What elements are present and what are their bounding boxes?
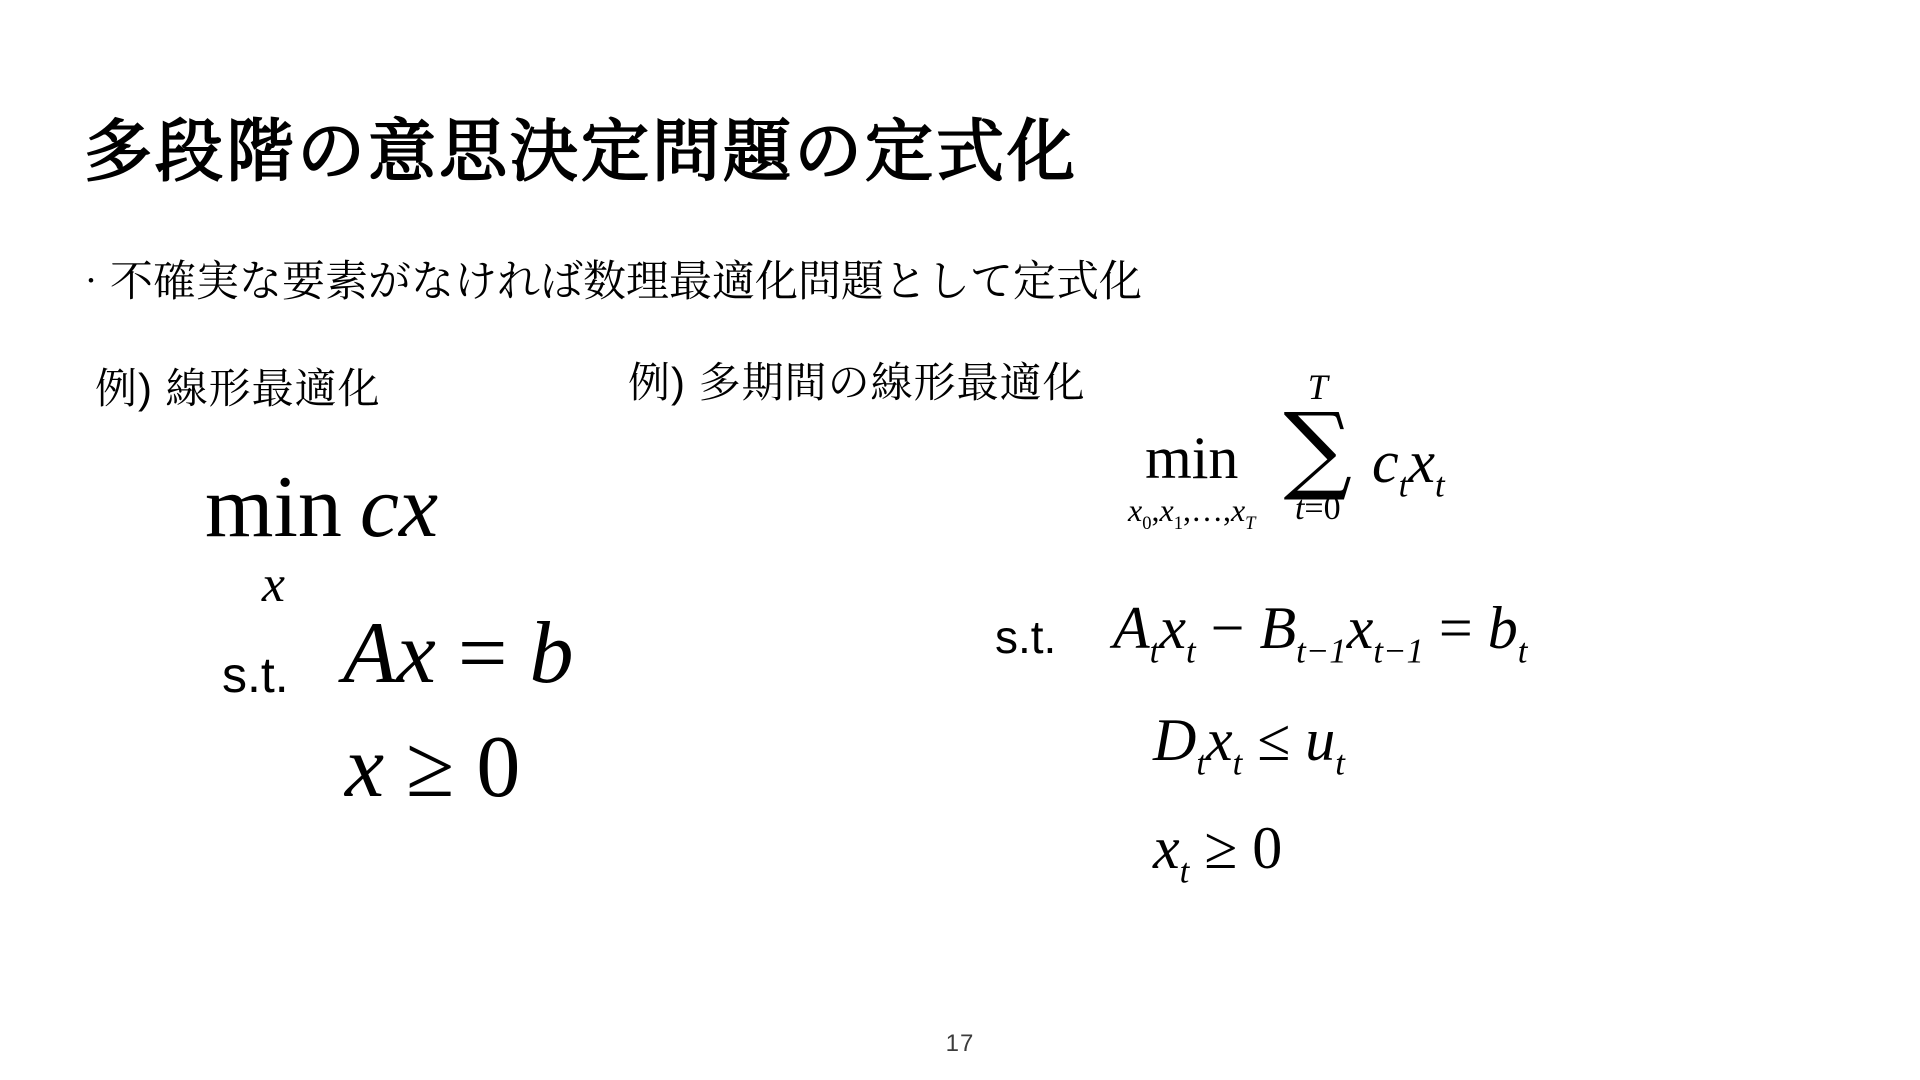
left-min-operator: min bbox=[205, 466, 342, 550]
right-objective-expression: ctxt bbox=[1372, 434, 1445, 502]
page-number: 17 bbox=[0, 1030, 1920, 1058]
left-constraint-equality: Ax = b bbox=[343, 612, 573, 696]
right-objective-formula: min x0,x1,…,xT T ∑ t=0 ctxt bbox=[1128, 430, 1445, 532]
left-min-subscript: x bbox=[262, 560, 285, 609]
right-constraint-nonnegativity: xt ≥ 0 bbox=[1153, 820, 1282, 888]
left-subject-to-label: s.t. bbox=[222, 650, 289, 700]
right-subject-to-label: s.t. bbox=[995, 614, 1056, 660]
right-constraint-balance-equation: Atxt − Bt−1xt−1 = bt bbox=[1113, 600, 1527, 668]
left-objective-formula: min x cx bbox=[205, 466, 438, 609]
right-min-operator-stack: min x0,x1,…,xT bbox=[1128, 430, 1256, 532]
left-constraint-nonnegativity: x ≥ 0 bbox=[345, 726, 520, 810]
slide-title: 多段階の意思決定問題の定式化 bbox=[84, 110, 1078, 195]
right-constraint-upper-bound: Dtxt ≤ ut bbox=[1153, 712, 1345, 780]
summation-stack: T ∑ t=0 bbox=[1284, 370, 1353, 525]
example-right-label: 例) 多期間の線形最適化 bbox=[628, 350, 1086, 410]
right-min-operator: min bbox=[1145, 430, 1238, 487]
bullet-line: • 不確実な要素がなければ数理最適化問題として定式化 bbox=[88, 248, 1142, 309]
example-left-label: 例) 線形最適化 bbox=[95, 356, 381, 416]
bullet-text: 不確実な要素がなければ数理最適化問題として定式化 bbox=[110, 248, 1142, 309]
left-min-operator-stack: min x bbox=[205, 466, 342, 609]
slide: 多段階の意思決定問題の定式化 • 不確実な要素がなければ数理最適化問題として定式… bbox=[0, 0, 1920, 1080]
bullet-marker-icon: • bbox=[88, 272, 94, 289]
left-objective-expression: cx bbox=[360, 466, 438, 550]
right-min-subscript: x0,x1,…,xT bbox=[1128, 495, 1256, 532]
summation-sigma-symbol: ∑ bbox=[1284, 404, 1353, 492]
summation-lower-limit: t=0 bbox=[1295, 493, 1341, 525]
